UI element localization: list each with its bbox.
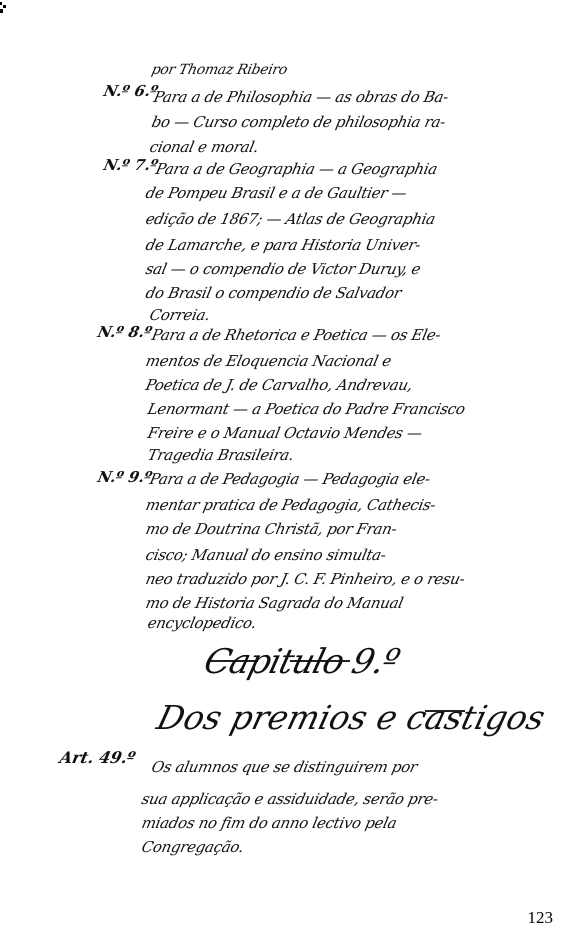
text-line: Congregação. — [140, 838, 245, 856]
page-number: 123 — [528, 908, 554, 928]
text-line: bo — Curso completo de philosophia ra- — [150, 113, 447, 131]
section-number: N.º 9.º — [96, 468, 154, 486]
chapter-subtitle: Dos premios e castigos — [153, 698, 549, 737]
section-number: N.º 6.º — [102, 82, 160, 100]
text-line: mo de Historia Sagrada do Manual — [144, 594, 405, 612]
text-line: de Lamarche, e para Historia Univer- — [144, 236, 422, 254]
text-line: Tragedia Brasileira. — [146, 446, 296, 464]
text-line: mentar pratica de Pedagogia, Cathecis- — [144, 496, 437, 514]
text-line: Para a de Pedagogia — Pedagogia ele- — [148, 470, 432, 488]
text-line: mo de Doutrina Christã, por Fran- — [144, 520, 398, 538]
text-line: Para a de Rhetorica e Poetica — os Ele- — [150, 326, 442, 344]
text-line: sua applicação e assiduidade, serão pre- — [140, 790, 440, 808]
text-line: neo traduzido por J. C. F. Pinheiro, e o… — [144, 570, 466, 588]
text-line: de Pompeu Brasil e a de Gaultier — — [144, 184, 408, 202]
scan-artifact — [0, 2, 8, 14]
text-line: Poetica de J. de Carvalho, Andrevau, — [144, 376, 414, 394]
text-line: miados no fim do anno lectivo pela — [140, 814, 398, 832]
section-number: N.º 8.º — [96, 323, 154, 341]
text-line: cisco; Manual do ensino simulta- — [144, 546, 388, 564]
text-line: cional e moral. — [148, 138, 260, 156]
text-line: Correia. — [148, 306, 212, 324]
manuscript-page: por Thomaz Ribeiro N.º 6.º Para a de Phi… — [0, 0, 563, 933]
article-number: Art. 49.º — [58, 748, 137, 767]
text-line: sal — o compendio de Victor Duruy, e — [144, 260, 422, 278]
text-line: do Brasil o compendio de Salvador — [144, 284, 403, 302]
text-line: mentos de Eloquencia Nacional e — [144, 352, 393, 370]
text-line: Freire e o Manual Octavio Mendes — — [146, 424, 424, 442]
text-line: encyclopedico. — [146, 614, 258, 632]
text-line: por Thomaz Ribeiro — [150, 62, 289, 78]
text-line: Os alumnos que se distinguirem por — [150, 758, 419, 776]
text-line: Lenormant — a Poetica do Padre Francisco — [146, 400, 467, 418]
chapter-title: Capitulo 9.º — [200, 642, 403, 682]
section-number: N.º 7.º — [102, 156, 160, 174]
text-line: Para a de Geographia — a Geographia — [154, 160, 439, 178]
text-line: edição de 1867; — Atlas de Geographia — [144, 210, 437, 228]
text-line: Para a de Philosophia — as obras do Ba- — [152, 88, 450, 106]
